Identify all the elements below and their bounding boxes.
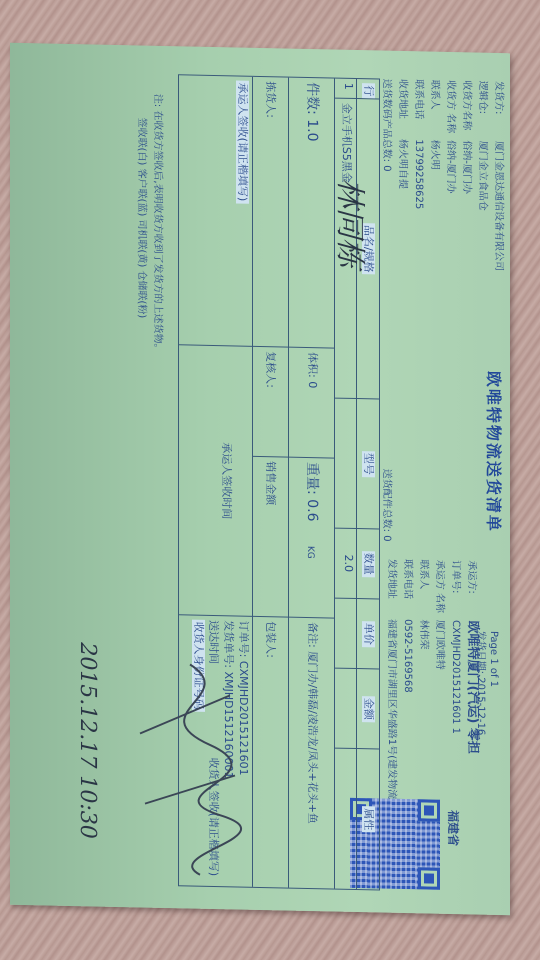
pieces-value: 1.0 (304, 119, 320, 142)
accessories-total-value: 0 (381, 535, 392, 542)
carrier-sign-cell: 承运人签收(请正楷填写) (179, 75, 253, 347)
consignee-name2-label: 收货方 名称 (442, 80, 458, 140)
carrier-contact: 林伟荣 (418, 619, 429, 649)
pieces-label: 件数: (304, 82, 320, 115)
consignee-address-label: 收货地址 (394, 79, 410, 139)
consignee-phone-label: 联系电话 (410, 79, 426, 139)
remark-value: 厦门办/韩磊/凌浩龙/凤头+花头+鱼 (306, 651, 319, 824)
col-model: 型号 (362, 451, 375, 477)
order-no-label: 订单号: (237, 621, 250, 658)
qr-finder-icon (418, 867, 440, 889)
accessories-total-label: 送货配件总数: (381, 469, 392, 533)
delivery-form-rotated: 欧唯特物流送货清单 Page 1 of 1 发货日期: 2015-12-16 发… (20, 61, 510, 911)
carrier-label: 承运方: (463, 560, 479, 620)
remark-cell: 备注: 厦门办/韩磊/凌浩龙/凤头+花头+鱼 (289, 618, 335, 889)
form-title: 欧唯特物流送货清单 (483, 371, 506, 533)
weight-label: 重量: (304, 462, 320, 495)
form-note: 注: 在收货方签收后,表明收货方收到了发货方的上述货物。 签收联(白) 客户联(… (133, 93, 165, 353)
products-total: 0 (381, 165, 392, 172)
sales-amount-label: 销售金额 (253, 457, 289, 618)
picker-label: 拣货人: (253, 77, 289, 348)
carrier-phone: 0592-5169568 (402, 619, 413, 693)
packer-label: 包装人: (253, 617, 289, 888)
carrier-name: 厦门欧唯特 (434, 620, 445, 670)
products-total-label: 送货数码产品总数: (381, 79, 392, 163)
accessories-total: 送货配件总数: 0 (378, 468, 394, 541)
row-model (335, 399, 357, 529)
checker-label: 复核人: (253, 347, 289, 458)
weight-unit: KG (305, 546, 315, 559)
carrier-phone-label: 联系电话 (399, 559, 415, 619)
logistics-value: 厦门金立食品仓 (477, 141, 488, 211)
consignee-address: 杨火明自提 (397, 139, 408, 189)
row-price (335, 599, 357, 669)
page-number: Page 1 of 1 (487, 631, 500, 736)
carrier-contact-label: 联系人 (415, 559, 431, 619)
consignee-contact-label: 联系人 (426, 79, 442, 139)
row-line: 1 (335, 79, 357, 99)
col-line: 行 (362, 83, 375, 98)
shipper-label: 发货方: (490, 81, 506, 141)
carrier-sign-time-label: 承运人签收时间 (219, 350, 235, 611)
weight-cell: 重量: 0.6 KG (289, 458, 335, 619)
picker-signature: 林同栋 (315, 177, 375, 318)
carrier-order: CXMJHD2015121601 1 (450, 620, 461, 734)
receive-date-handwritten: 2015.12.17 10:30 (75, 642, 100, 839)
delivery-form-paper: 欧唯特物流送货清单 Page 1 of 1 发货日期: 2015-12-16 发… (10, 43, 510, 915)
consignee-phone: 13799258625 (413, 139, 424, 209)
carrier-time-cell: 承运人签收时间 (179, 345, 253, 617)
carrier-name-label: 承运方 名称 (431, 560, 447, 620)
volume-cell: 体积: 0 (289, 348, 335, 459)
carrier-value: 欧唯特厦门(汽运) 零担 (465, 620, 480, 754)
weight-value: 0.6 (304, 499, 320, 522)
receiver-signature-icon (130, 653, 250, 886)
shipper-block: 发货方:厦门金恩达通信设备有限公司 逻辑仓:厦门金立食品仓 收货方名称俗纳-厦门… (378, 78, 506, 271)
remark-label: 备注: (306, 622, 319, 648)
col-attr: 属性 (362, 806, 375, 832)
consignee-name2: 俗纳-厦门办 (445, 140, 456, 194)
col-amount: 金额 (362, 696, 375, 722)
note-line1: 注: 在收货方签收后,表明收货方收到了发货方的上述货物。 (149, 94, 165, 354)
province-label: 福建省 (445, 810, 462, 846)
staff-row: 拣货人: 复核人: 销售金额 包装人: (252, 77, 289, 888)
carrier-address-label: 发货地址 (383, 559, 399, 619)
logistics-label: 逻辑仓: (474, 80, 490, 140)
col-price: 单价 (362, 621, 375, 647)
row-attr (335, 749, 357, 889)
shipper-value: 厦门金恩达通信设备有限公司 (493, 141, 504, 271)
consignee-contact: 杨火明 (429, 140, 440, 170)
volume-label: 体积: (306, 352, 319, 378)
consignee-name-label: 收货方名称 (458, 80, 474, 140)
row-qty: 2.0 (335, 529, 357, 599)
consignee-name: 俗纳-厦门办 (461, 140, 472, 194)
carrier-order-label: 订单号: (447, 560, 463, 620)
note-line2: 签收联(白) 客户联(蓝) 司机联(黄) 仓储联(粉) (133, 93, 149, 353)
qr-finder-icon (418, 799, 440, 821)
row-amount (335, 669, 357, 749)
col-qty: 数量 (362, 551, 375, 577)
volume-value: 0 (306, 381, 319, 388)
carrier-sign-label: 承运人签收(请正楷填写) (236, 80, 249, 203)
